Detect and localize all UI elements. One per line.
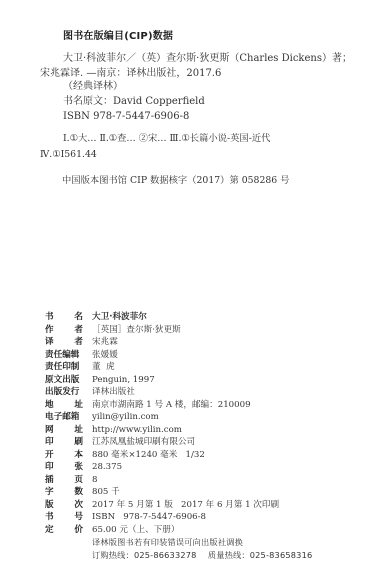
row-label: 字	[45, 486, 54, 499]
row-value: 江苏凤凰盐城印刷有限公司	[92, 436, 195, 449]
row-value: 大卫·科波菲尔	[92, 311, 147, 324]
row-value: 8	[92, 474, 97, 487]
hotlines: 订购热线：025-86633278 质量热线：025-83658316	[92, 549, 312, 562]
colophon-row-isbn: 书号 ISBN 978-7-5447-6906-8	[45, 511, 365, 524]
colophon-row-format: 开本 880 毫米×1240 毫米 1/32	[45, 449, 365, 462]
colophon-row-word-count: 字数 805 千	[45, 486, 365, 499]
row-label: 者	[74, 336, 83, 349]
cip-number: 中国版本图书馆 CIP 数据核字（2017）第 058286 号	[62, 175, 289, 187]
row-label: 地	[45, 399, 54, 412]
colophon-row-address: 地址 南京市湖南路 1 号 A 楼，邮编：210009	[45, 399, 365, 412]
row-label: 出版发行	[45, 386, 79, 399]
misprint-notice: 译林版图书若有印装错误可向出版社调换	[92, 536, 243, 549]
colophon-row-publisher: 出版发行 译林出版社	[45, 386, 365, 399]
row-label: 书	[45, 511, 54, 524]
row-label: 数	[74, 486, 83, 499]
colophon-row-website: 网址 http://www.yilin.com	[45, 424, 365, 437]
row-label: 次	[74, 499, 83, 512]
row-label: 书	[45, 311, 54, 324]
row-label: 号	[74, 511, 83, 524]
row-label: 定	[45, 524, 54, 537]
row-value: 880 毫米×1240 毫米 1/32	[92, 449, 205, 462]
row-label: 网	[45, 424, 54, 437]
colophon-row-printer: 印刷 江苏凤凰盐城印刷有限公司	[45, 436, 365, 449]
cip-line-original-title: 书名原文：David Copperfield	[63, 96, 205, 108]
cip-line-author: 大卫·科波菲尔／（英）查尔斯·狄更斯（Charles Dickens）著；	[63, 53, 352, 65]
row-label: 张	[74, 461, 83, 474]
cip-line-classification: Ⅳ.①I561.44	[40, 149, 97, 161]
cip-line-isbn: ISBN 978-7-5447-6906-8	[63, 111, 189, 123]
row-value: 28.375	[92, 461, 122, 474]
cip-heading: 图书在版编目(CIP)数据	[63, 27, 173, 42]
row-value: 董 虎	[92, 361, 115, 374]
row-value: 宋兆霖	[92, 336, 118, 349]
colophon-hotline-row: 订购热线：025-86633278 质量热线：025-83658316	[45, 549, 365, 562]
row-value: Penguin, 1997	[92, 374, 155, 387]
colophon-row-original-publication: 原文出版 Penguin, 1997	[45, 374, 365, 387]
row-label: 刷	[74, 436, 83, 449]
email-link[interactable]: yilin@yilin.com	[92, 411, 159, 424]
cip-line-series: （经典译林）	[63, 81, 123, 93]
colophon-row-print-supervisor: 责任印制 董 虎	[45, 361, 365, 374]
row-value: 65.00 元（上、下册）	[92, 524, 180, 537]
row-label: 作	[45, 324, 54, 337]
row-value: ［英国］查尔斯·狄更斯	[92, 324, 181, 337]
cip-line-publisher: 宋兆霖译. —南京：译林出版社，2017.6	[40, 68, 221, 80]
colophon-row-title: 书名 大卫·科波菲尔	[45, 311, 365, 324]
row-label: 开	[45, 449, 54, 462]
row-label: 页	[74, 474, 83, 487]
row-label: 插	[45, 474, 54, 487]
row-label: 电子邮箱	[45, 411, 79, 424]
colophon-row-translator: 译者 宋兆霖	[45, 336, 365, 349]
colophon-row-sheets: 印张 28.375	[45, 461, 365, 474]
colophon-row-editor: 责任编辑 张媛媛	[45, 349, 365, 362]
row-value: ISBN 978-7-5447-6906-8	[92, 511, 206, 524]
row-label: 责任编辑	[45, 349, 79, 362]
row-label: 名	[74, 311, 83, 324]
row-label: 价	[74, 524, 83, 537]
cip-line-subjects: Ⅰ.①大… Ⅱ.①查… ②宋… Ⅲ.①长篇小说-英国-近代	[63, 133, 270, 145]
row-label: 本	[74, 449, 83, 462]
row-value: 张媛媛	[92, 349, 118, 362]
row-value: 2017 年 5 月第 1 版 2017 年 6 月第 1 次印刷	[92, 499, 279, 512]
row-label: 责任印制	[45, 361, 79, 374]
colophon-row-edition: 版次 2017 年 5 月第 1 版 2017 年 6 月第 1 次印刷	[45, 499, 365, 512]
row-value: 译林出版社	[92, 386, 135, 399]
row-label: 译	[45, 336, 54, 349]
row-label: 原文出版	[45, 374, 79, 387]
row-label: 印	[45, 461, 54, 474]
colophon-row-plates: 插页 8	[45, 474, 365, 487]
colophon-row-author: 作者 ［英国］查尔斯·狄更斯	[45, 324, 365, 337]
row-value: 805 千	[92, 486, 120, 499]
row-value: 南京市湖南路 1 号 A 楼，邮编：210009	[92, 399, 251, 412]
row-label: 址	[74, 424, 83, 437]
row-label: 者	[74, 324, 83, 337]
row-label: 版	[45, 499, 54, 512]
colophon-row-price: 定价 65.00 元（上、下册）	[45, 524, 365, 537]
colophon-row-email: 电子邮箱 yilin@yilin.com	[45, 411, 365, 424]
colophon-table: 书名 大卫·科波菲尔 作者 ［英国］查尔斯·狄更斯 译者 宋兆霖 责任编辑 张媛…	[45, 311, 365, 561]
colophon-notice-row: 译林版图书若有印装错误可向出版社调换	[45, 536, 365, 549]
row-label: 印	[45, 436, 54, 449]
row-label: 址	[74, 399, 83, 412]
website-link[interactable]: http://www.yilin.com	[92, 424, 182, 437]
